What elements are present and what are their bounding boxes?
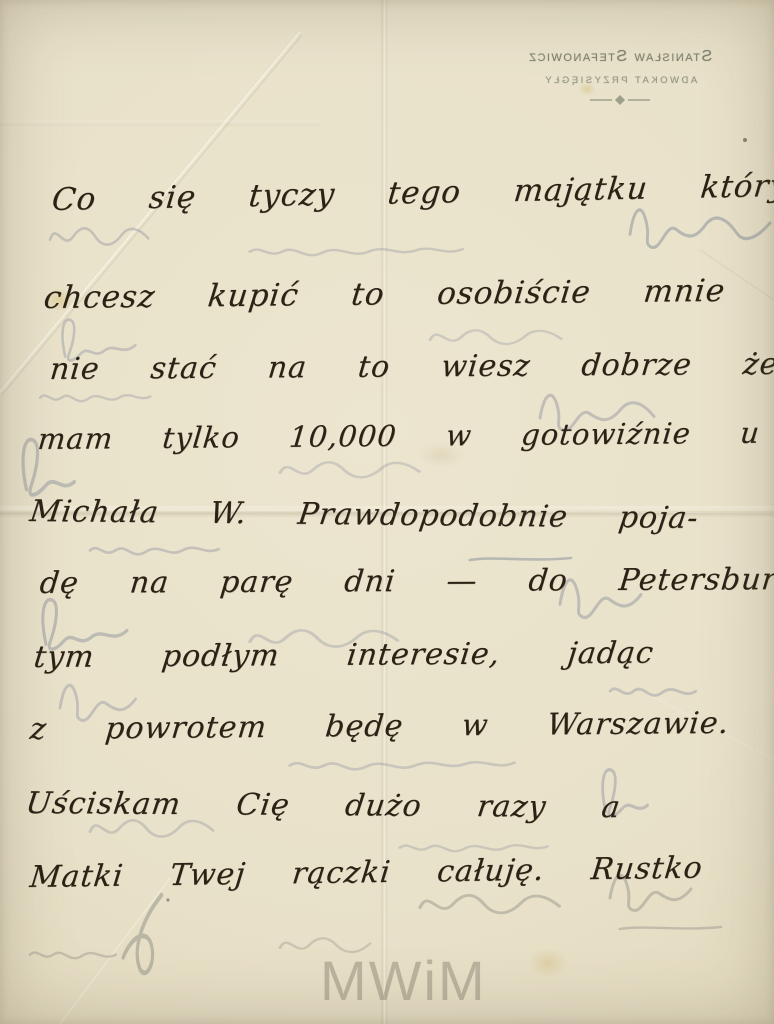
minor-crease (0, 120, 320, 126)
handwritten-line-4: mam tylko 10,000 w gotowiźnie u P. (36, 415, 774, 456)
handwritten-line-9: Uściskam Cię dużo razy a (24, 786, 623, 825)
handwritten-line-7: tym podłym interesie, jadąc (32, 636, 656, 675)
letterhead-ornament-icon (505, 93, 735, 111)
handwritten-line-8: z powrotem będę w Warszawie. (28, 706, 731, 747)
handwritten-line-2: chcesz kupić to osobiście mnie (42, 273, 727, 316)
letterhead-title: ADWOKAT PRZYSIĘGŁY (505, 75, 735, 86)
letterhead: Stanisław Stefanowicz ADWOKAT PRZYSIĘGŁY (505, 48, 735, 111)
watermark: MWiM (320, 948, 487, 1013)
letterhead-name: Stanisław Stefanowicz (505, 48, 735, 66)
letter-scan: Stanisław Stefanowicz ADWOKAT PRZYSIĘGŁY… (0, 0, 774, 1024)
handwritten-line-6: dę na parę dni — do Petersburga w (38, 562, 774, 601)
handwritten-line-3: nie stać na to wiesz dobrze że (48, 347, 774, 387)
handwritten-line-5: Michała W. Prawdopodobnie poja- (28, 494, 701, 536)
